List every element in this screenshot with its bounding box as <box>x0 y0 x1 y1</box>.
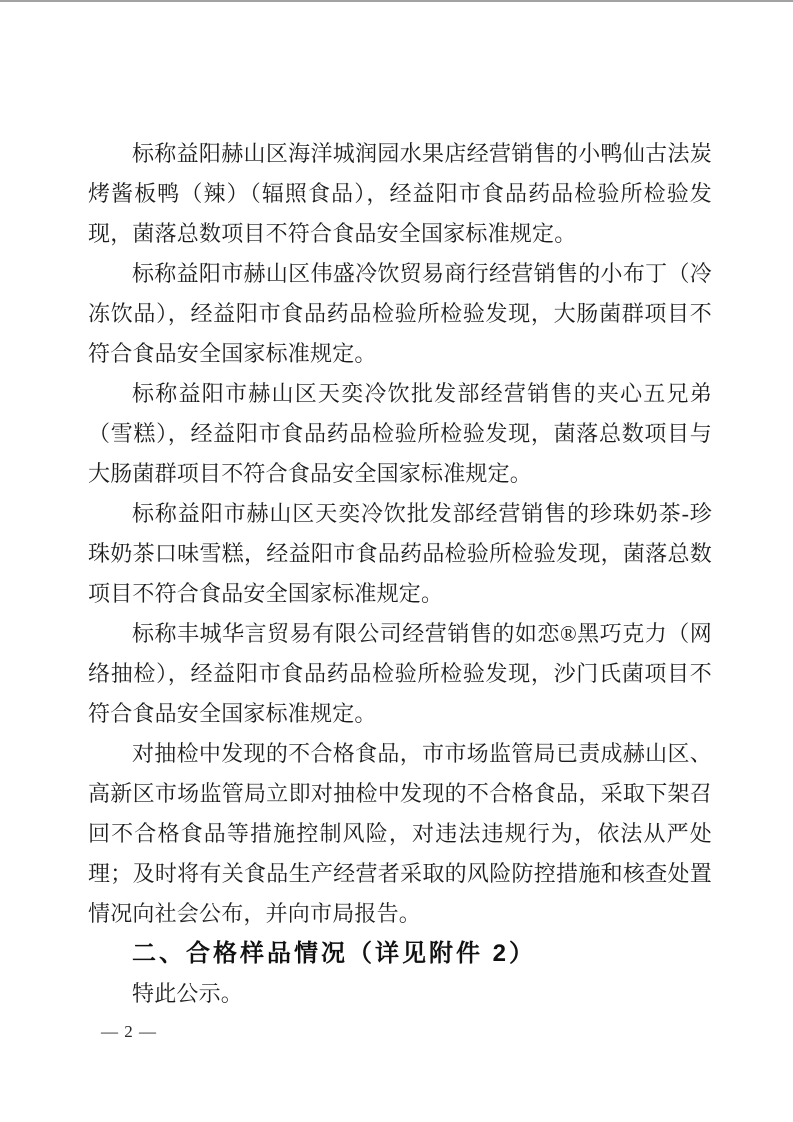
page-number: — 2 — <box>101 1022 157 1042</box>
scan-edge-artifact <box>0 0 793 2</box>
body-paragraph: 标称益阳市赫山区天奕冷饮批发部经营销售的夹心五兄弟（雪糕），经益阳市食品药品检验… <box>88 374 712 494</box>
body-paragraph: 标称丰城华言贸易有限公司经营销售的如恋®黑巧克力（网络抽检），经益阳市食品药品检… <box>88 614 712 734</box>
body-paragraph: 标称益阳赫山区海洋城润园水果店经营销售的小鸭仙古法炭烤酱板鸭（辣）（辐照食品），… <box>88 134 712 254</box>
closing-line: 特此公示。 <box>88 974 712 1014</box>
document-page: 标称益阳赫山区海洋城润园水果店经营销售的小鸭仙古法炭烤酱板鸭（辣）（辐照食品），… <box>0 0 793 1122</box>
body-paragraph: 标称益阳市赫山区天奕冷饮批发部经营销售的珍珠奶茶-珍珠奶茶口味雪糕，经益阳市食品… <box>88 494 712 614</box>
document-body: 标称益阳赫山区海洋城润园水果店经营销售的小鸭仙古法炭烤酱板鸭（辣）（辐照食品），… <box>88 134 712 1014</box>
section-heading: 二、合格样品情况（详见附件 2） <box>88 934 712 974</box>
body-paragraph: 标称益阳市赫山区伟盛冷饮贸易商行经营销售的小布丁（冷冻饮品），经益阳市食品药品检… <box>88 254 712 374</box>
body-paragraph: 对抽检中发现的不合格食品，市市场监管局已责成赫山区、高新区市场监管局立即对抽检中… <box>88 734 712 934</box>
